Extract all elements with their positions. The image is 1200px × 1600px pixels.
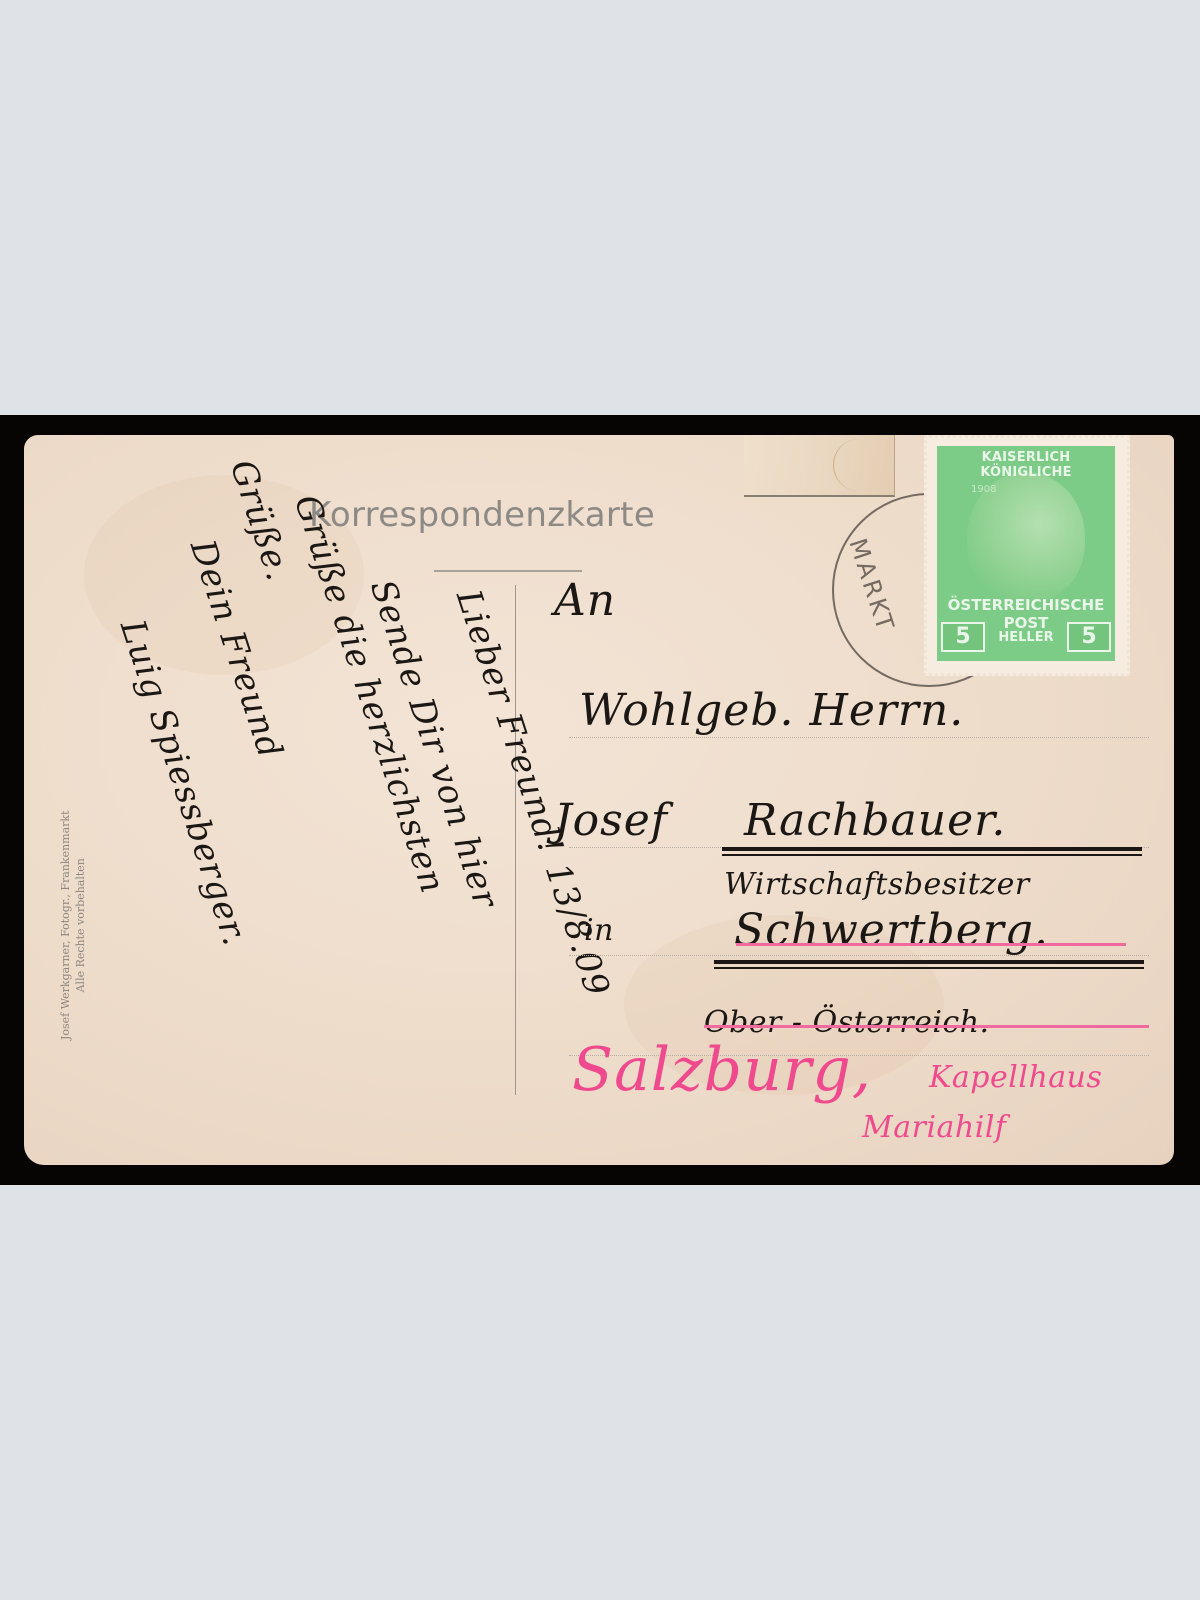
address-surname: Rachbauer. <box>744 795 1006 846</box>
address-salutation: Wohlgeb. Herrn. <box>579 685 964 736</box>
photo-frame: Korrespondenzkarte Josef Werkgarner, Fot… <box>0 415 1200 1185</box>
town-pink-strikethrough <box>736 943 1126 946</box>
stamp-inscription-top: KAISERLICH KÖNIGLICHE <box>937 450 1115 480</box>
card-heading: Korrespondenzkarte <box>309 495 655 535</box>
postmark-text: MARKT <box>843 535 900 636</box>
torn-label-scrap <box>744 435 895 497</box>
forward-detail-1: Kapellhaus <box>929 1060 1102 1095</box>
postage-stamp: 1908 KAISERLICH KÖNIGLICHE ÖSTERREICHISC… <box>924 435 1130 676</box>
publisher-line-1: Josef Werkgarner, Fotogr., Frankenmarkt <box>58 811 73 1041</box>
address-occupation: Wirtschaftsbesitzer <box>724 867 1030 902</box>
region-pink-strikethrough <box>704 1025 1149 1028</box>
address-town-struck: Schwertberg. <box>734 905 1049 956</box>
publisher-line-2: Alle Rechte vorbehalten <box>73 811 88 1041</box>
stamp-value-row: 5 HELLER 5 <box>941 622 1111 652</box>
forward-city: Salzburg, <box>572 1035 872 1105</box>
town-underline <box>714 960 1144 964</box>
surname-underline <box>722 854 1142 856</box>
stamp-currency: HELLER <box>998 630 1053 645</box>
stamp-value-right: 5 <box>1067 622 1111 652</box>
stamp-value-left: 5 <box>941 622 985 652</box>
address-guide-line <box>569 737 1149 738</box>
address-to: An <box>554 575 616 626</box>
forward-detail-2: Mariahilf <box>862 1110 1007 1145</box>
stamp-year: 1908 <box>971 484 996 495</box>
stamp-face: 1908 KAISERLICH KÖNIGLICHE ÖSTERREICHISC… <box>937 446 1115 661</box>
publisher-imprint: Josef Werkgarner, Fotogr., Frankenmarkt … <box>58 811 88 1041</box>
divider-line <box>515 585 516 1095</box>
postcard: Korrespondenzkarte Josef Werkgarner, Fot… <box>24 435 1174 1165</box>
town-underline <box>714 967 1144 969</box>
address-first-name: Josef <box>554 795 668 846</box>
address-in-label: in <box>584 913 614 948</box>
surname-underline <box>722 847 1142 851</box>
heading-rule <box>434 570 582 572</box>
